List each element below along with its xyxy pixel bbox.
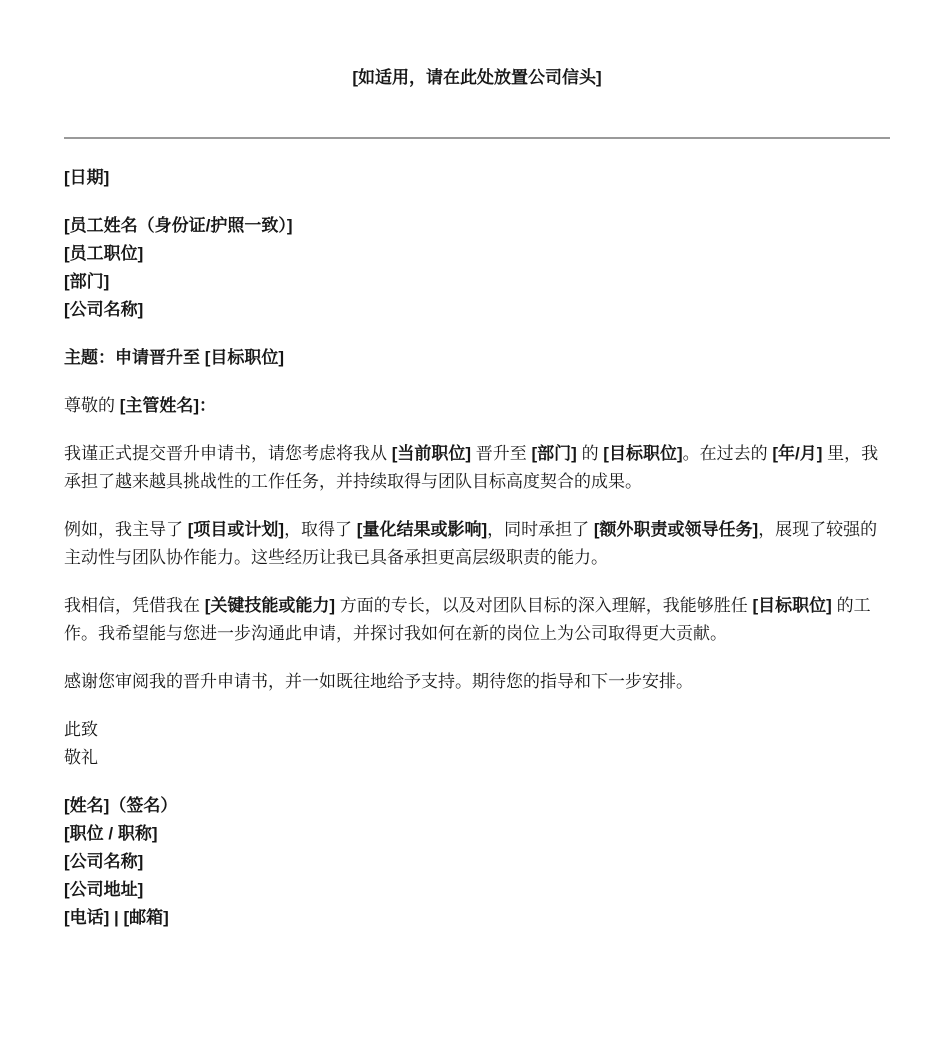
placeholder-token: [目标职位] xyxy=(603,444,682,463)
text-run: ，取得了 xyxy=(284,520,357,539)
text-run: 尊敬的 xyxy=(64,396,120,415)
salutation-line: 尊敬的 [主管姓名]： xyxy=(64,392,890,420)
text-run: 。在过去的 xyxy=(683,444,773,463)
text-run: 的 xyxy=(577,444,603,463)
placeholder-token: [额外职责或领导任务] xyxy=(594,520,758,539)
text-line: [员工职位] xyxy=(64,240,890,268)
signature-block: [姓名]（签名）[职位 / 职称][公司名称][公司地址][电话] | [邮箱] xyxy=(64,792,890,932)
body-paragraph-3: 我相信，凭借我在 [关键技能或能力] 方面的专长，以及对团队目标的深入理解，我能… xyxy=(64,592,890,648)
promotion-letter-document: [如适用，请在此处放置公司信头] [日期] [员工姓名（身份证/护照一致）][员… xyxy=(0,0,950,1058)
placeholder-token: [项目或计划] xyxy=(188,520,284,539)
placeholder-token: [主管姓名]： xyxy=(120,396,216,415)
text-run: 方面的专长，以及对团队目标的深入理解，我能够胜任 xyxy=(335,596,752,615)
text-line: 此致 xyxy=(64,716,890,744)
placeholder-token: [目标职位] xyxy=(753,596,832,615)
text-run: 例如，我主导了 xyxy=(64,520,188,539)
body-paragraph-1: 我谨正式提交晋升申请书，请您考虑将我从 [当前职位] 晋升至 [部门] 的 [目… xyxy=(64,440,890,496)
text-line: [公司地址] xyxy=(64,876,890,904)
text-line: 敬礼 xyxy=(64,744,890,772)
placeholder-token: [当前职位] xyxy=(392,444,471,463)
body-paragraph-2: 例如，我主导了 [项目或计划]，取得了 [量化结果或影响]，同时承担了 [额外职… xyxy=(64,516,890,572)
text-line: [公司名称] xyxy=(64,296,890,324)
body-paragraph-thanks: 感谢您审阅我的晋升申请书，并一如既往地给予支持。期待您的指导和下一步安排。 xyxy=(64,668,890,696)
text-run: 我相信，凭借我在 xyxy=(64,596,205,615)
recipient-block: [员工姓名（身份证/护照一致）][员工职位][部门][公司名称] xyxy=(64,212,890,324)
letterhead-placeholder: [如适用，请在此处放置公司信头] xyxy=(64,64,890,92)
closing-block: 此致敬礼 xyxy=(64,716,890,772)
subject-line: 主题：申请晋升至 [目标职位] xyxy=(64,344,890,372)
text-run: 我谨正式提交晋升申请书，请您考虑将我从 xyxy=(64,444,392,463)
text-line: [部门] xyxy=(64,268,890,296)
text-run: 晋升至 xyxy=(471,444,531,463)
letterhead-divider xyxy=(64,137,890,139)
text-line: [员工姓名（身份证/护照一致）] xyxy=(64,212,890,240)
text-line: [公司名称] xyxy=(64,848,890,876)
placeholder-token: [部门] xyxy=(532,444,577,463)
placeholder-token: [量化结果或影响] xyxy=(357,520,487,539)
text-line: [职位 / 职称] xyxy=(64,820,890,848)
placeholder-token: [关键技能或能力] xyxy=(205,596,335,615)
text-line: [姓名]（签名） xyxy=(64,792,890,820)
text-line: [电话] | [邮箱] xyxy=(64,904,890,932)
text-run: ，同时承担了 xyxy=(487,520,594,539)
date-line: [日期] xyxy=(64,164,890,192)
placeholder-token: [年/月] xyxy=(772,444,822,463)
